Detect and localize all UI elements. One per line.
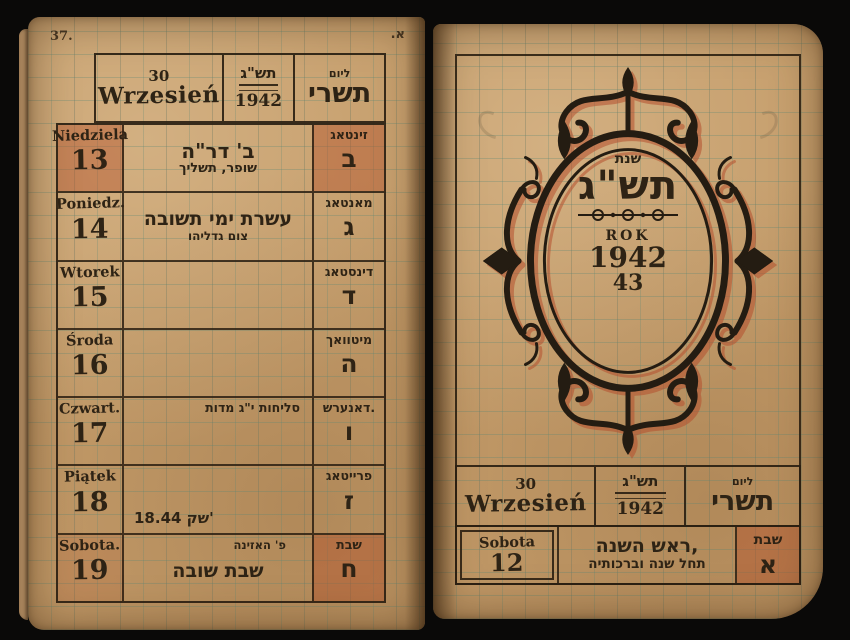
notes-cell: 18.44 שק': [124, 466, 312, 532]
yiddish-day-name: דאנערש.: [323, 401, 375, 414]
day-cell-yiddish: שבת ח: [312, 535, 384, 601]
hebrew-date-letter: ח: [340, 556, 357, 581]
yiddish-day-name: זינטאג: [330, 128, 368, 141]
hebrew-date-letter: א: [759, 552, 777, 577]
hebrew-date-letter: ז: [344, 488, 354, 513]
day-cell-polish: Czwart. 17: [58, 398, 124, 464]
hebrew-year: תש"ג: [240, 66, 276, 82]
polish-day-name: Sobota.: [59, 537, 120, 554]
hebrew-month-name: תשרי: [711, 488, 774, 516]
date-number: 12: [490, 551, 524, 576]
medallion: שנת תש"ג ROK 1942 43: [551, 152, 705, 294]
day-cell-yiddish: דאנערש. ו: [312, 398, 384, 464]
left-page: 37. .א 30 Wrzesień תש"ג 1942 ליום תשרי N…: [28, 17, 425, 630]
table-row-tuesday: Wtorek 15 דינסטאג ד: [58, 260, 384, 328]
date-number: 18: [71, 488, 109, 516]
hebrew-year-5703: תש"ג: [551, 166, 705, 207]
header-year-cell: תש"ג 1942: [594, 467, 686, 525]
yiddish-day-name: פרייטאג: [326, 469, 372, 482]
note-main: שבת שובה: [172, 561, 263, 582]
day-cell-yiddish: מאנטאג ג: [312, 193, 384, 259]
day-cell-polish: Niedziela 13: [58, 125, 124, 191]
header-month-cell: 30 Wrzesień: [457, 467, 594, 525]
day-cell-polish: Poniedz. 14: [58, 193, 124, 259]
polish-day-name: Środa: [66, 332, 114, 348]
notes-cell: פ' האזינה שבת שובה: [124, 535, 312, 601]
date-number: 17: [71, 420, 109, 448]
yiddish-day-name: מאנטאג: [326, 196, 373, 209]
date-number: 13: [71, 147, 109, 175]
parasha-note: פ' האזינה: [234, 539, 286, 552]
right-page: שנת תש"ג ROK 1942 43 30 Wrzesień תש"ג: [433, 24, 823, 619]
notes-cell: ב' דר"ה שופר, תשליך: [124, 125, 312, 191]
date-number: 19: [71, 557, 109, 585]
notes-cell: [124, 330, 312, 396]
yiddish-day-name: שבת: [336, 538, 362, 551]
year-divider-rule: [615, 492, 665, 499]
year-43: 43: [551, 272, 705, 294]
right-header-box: 30 Wrzesień תש"ג 1942 ליום תשרי: [455, 465, 801, 527]
table-row-thursday: Czwart. 17 סליחות י"ג מדות דאנערש. ו: [58, 396, 384, 464]
gregorian-year: 1942: [617, 501, 664, 518]
notes-cell: סליחות י"ג מדות: [124, 398, 312, 464]
day-cell-yiddish: דינסטאג ד: [312, 262, 384, 328]
polish-day-name: Poniedz.: [55, 195, 124, 212]
note-sub: שופר, תשליך: [179, 162, 257, 177]
page-edge-stack: [19, 29, 28, 620]
note-main: ב' דר"ה: [181, 140, 254, 162]
rosh-hashanah-label: ראש השנה,: [596, 537, 699, 557]
day-cell-yiddish: מיטוואך ה: [312, 330, 384, 396]
hebrew-date-letter: ו: [345, 419, 354, 444]
hebrew-date-letter: ה: [340, 351, 357, 376]
yiddish-day-name: דינסטאג: [325, 265, 373, 278]
calendar-table: Niedziela 13 ב' דר"ה שופר, תשליך זינטאג …: [56, 123, 386, 603]
polish-day-name: Wtorek: [60, 264, 120, 281]
day-cell-yiddish: שבת א: [737, 527, 799, 583]
blessing-note: תחל שנה וברכותיה: [588, 557, 705, 573]
day-cell-polish: Środa 16: [58, 330, 124, 396]
notes-cell: עשרת ימי תשובה צום גדליהו: [124, 193, 312, 259]
header-hebrew-month-cell: ליום תשרי: [295, 55, 384, 121]
hebrew-date-letter: ב: [341, 146, 356, 171]
note-sub: צום גדליהו: [188, 230, 248, 244]
header-year-cell: תש"ג 1942: [222, 55, 296, 121]
date-number: 16: [71, 352, 109, 380]
polish-day-name: Czwart.: [59, 400, 120, 417]
table-row-friday: Piątek 18 18.44 שק' פרייטאג ז: [58, 464, 384, 532]
corner-letter-aleph: .א: [391, 27, 405, 42]
day-cell-polish: Wtorek 15: [58, 262, 124, 328]
header-hebrew-month-cell: ליום תשרי: [686, 467, 799, 525]
date-number: 14: [71, 215, 109, 243]
note-selichot: סליחות י"ג מדות: [205, 400, 300, 415]
medallion-divider-ornament: [576, 207, 680, 223]
table-row-sunday: Niedziela 13 ב' דר"ה שופר, תשליך זינטאג …: [58, 125, 384, 191]
month-name-polish: Wrzesień: [465, 491, 587, 516]
notes-cell: [124, 262, 312, 328]
shabbat-label: שבת: [754, 533, 783, 548]
year-1942: 1942: [551, 244, 705, 272]
day-cell-polish: Sobota 12: [460, 530, 554, 580]
hebrew-month-name: תשרי: [308, 80, 371, 108]
date-number: 15: [71, 283, 109, 311]
polish-day-name: Niedziela: [52, 127, 128, 144]
polish-day-name: Piątek: [64, 469, 116, 486]
rosh-hashanah-row: Sobota 12 ראש השנה, תחל שנה וברכותיה שבת…: [455, 525, 801, 585]
hebrew-date-letter: ג: [343, 214, 354, 239]
day-cell-polish: Piątek 18: [58, 466, 124, 532]
notes-cell: ראש השנה, תחל שנה וברכותיה: [557, 527, 737, 583]
year-divider-rule: [239, 84, 278, 91]
yiddish-day-name: מיטוואך: [326, 333, 372, 346]
month-name-polish: Wrzesień: [98, 83, 220, 108]
table-row-monday: Poniedz. 14 עשרת ימי תשובה צום גדליהו מא…: [58, 191, 384, 259]
page-number: 37.: [50, 29, 73, 44]
table-row-saturday: Sobota. 19 פ' האזינה שבת שובה שבת ח: [58, 533, 384, 601]
table-row-wednesday: Środa 16 מיטוואך ה: [58, 328, 384, 396]
hebrew-date-letter: ד: [342, 283, 357, 308]
candle-lighting-time: 18.44 שק': [134, 509, 214, 527]
header-month-cell: 30 Wrzesień: [96, 55, 222, 121]
left-header-box: 30 Wrzesień תש"ג 1942 ליום תשרי: [94, 53, 386, 123]
note-main: עשרת ימי תשובה: [144, 209, 292, 230]
photo-of-handmade-calendar: 37. .א 30 Wrzesień תש"ג 1942 ליום תשרי N…: [0, 0, 850, 640]
day-cell-yiddish: פרייטאג ז: [312, 466, 384, 532]
day-cell-polish: Sobota. 19: [58, 535, 124, 601]
hebrew-year: תש"ג: [622, 474, 658, 490]
gregorian-year: 1942: [235, 93, 282, 110]
day-cell-yiddish: זינטאג ב: [312, 125, 384, 191]
